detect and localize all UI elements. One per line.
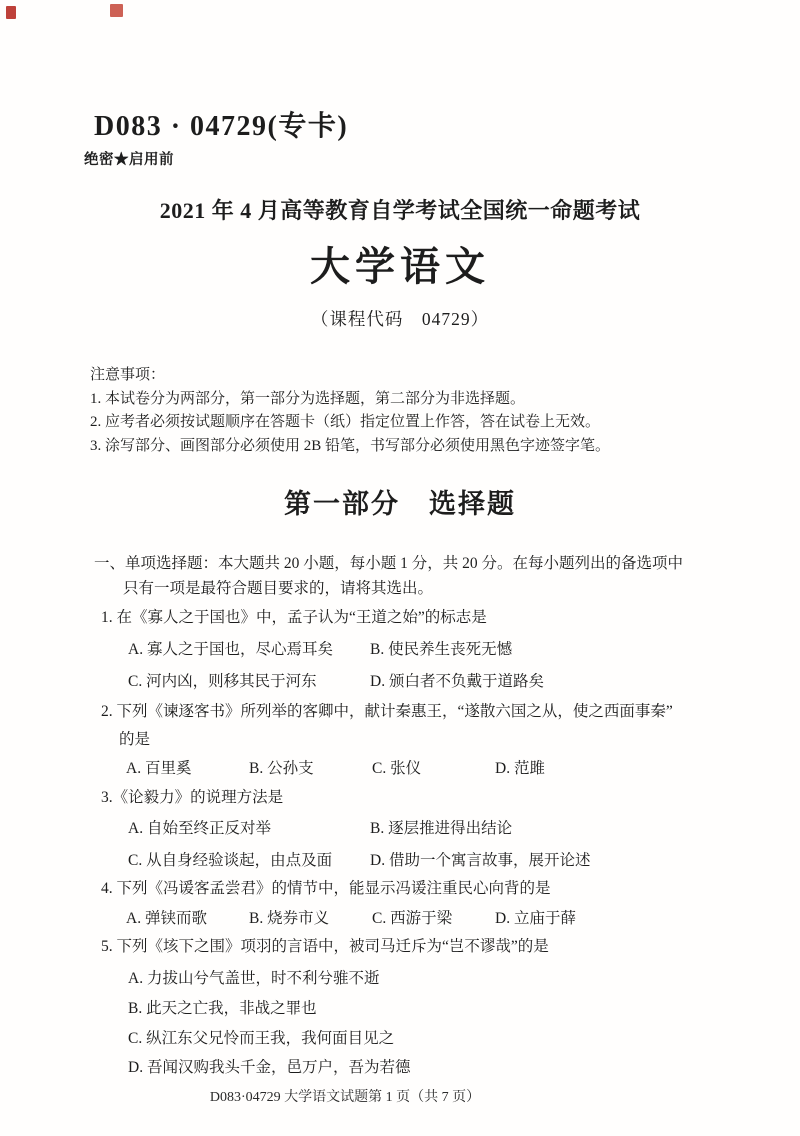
- secrecy-label: 绝密★启用前: [84, 148, 174, 169]
- note-item-1: 1. 本试卷分为两部分，第一部分为选择题，第二部分为非选择题。: [90, 387, 525, 408]
- question-2-option-b: B. 公孙支: [249, 756, 314, 778]
- question-4-stem: 4. 下列《冯谖客孟尝君》的情节中，能显示冯谖注重民心向背的是: [101, 876, 551, 898]
- section-instruction-line1: 一、单项选择题：本大题共 20 小题，每小题 1 分，共 20 分。在每小题列出…: [94, 551, 683, 573]
- question-5-stem: 5. 下列《垓下之围》项羽的言语中，被司马迁斥为“岂不谬哉”的是: [101, 934, 549, 956]
- question-2-stem-line1: 2. 下列《谏逐客书》所列举的客卿中，献计秦惠王，“遂散六国之从，使之西面事秦”: [101, 699, 673, 721]
- question-1-option-a: A. 寡人之于国也，尽心焉耳矣: [128, 637, 333, 659]
- course-code: （课程代码 04729）: [0, 306, 800, 331]
- note-item-2: 2. 应考者必须按试题顺序在答题卡（纸）指定位置上作答，答在试卷上无效。: [90, 410, 600, 431]
- question-3-option-d: D. 借助一个寓言故事，展开论述: [370, 848, 590, 870]
- note-item-3: 3. 涂写部分、画图部分必须使用 2B 铅笔，书写部分必须使用黑色字迹签字笔。: [90, 434, 610, 455]
- exam-title: 2021 年 4 月高等教育自学考试全国统一命题考试: [0, 194, 800, 225]
- question-1-stem: 1. 在《寡人之于国也》中，孟子认为“王道之始”的标志是: [101, 605, 487, 627]
- question-1-option-d: D. 颁白者不负戴于道路矣: [370, 669, 544, 691]
- question-3-option-c: C. 从自身经验谈起，由点及面: [128, 848, 332, 870]
- question-3-stem: 3.《论毅力》的说理方法是: [101, 785, 283, 807]
- question-4-option-b: B. 烧券市义: [249, 906, 329, 928]
- question-3-option-b: B. 逐层推进得出结论: [370, 816, 512, 838]
- question-1-option-b: B. 使民养生丧死无憾: [370, 637, 512, 659]
- red-stamp-mark-icon: [6, 6, 16, 19]
- question-2-stem-line2: 的是: [119, 727, 150, 749]
- question-5-option-c: C. 纵江东父兄怜而王我，我何面目见之: [128, 1026, 394, 1048]
- notes-heading: 注意事项：: [90, 363, 165, 384]
- question-2-option-a: A. 百里奚: [126, 756, 191, 778]
- question-4-option-d: D. 立庙于薛: [495, 906, 576, 928]
- question-5-option-a: A. 力拔山兮气盖世，时不利兮骓不逝: [128, 966, 379, 988]
- question-2-option-c: C. 张仪: [372, 756, 421, 778]
- subject-title: 大学语文: [0, 235, 800, 292]
- section-instruction-line2: 只有一项是最符合题目要求的，请将其选出。: [123, 576, 433, 598]
- section-title: 第一部分 选择题: [0, 482, 800, 521]
- question-2-option-d: D. 范雎: [495, 756, 545, 778]
- paper-code: D083 · 04729(专卡): [94, 104, 348, 144]
- question-1-option-c: C. 河内凶，则移其民于河东: [128, 669, 317, 691]
- red-stamp-mark-icon: [110, 4, 123, 17]
- exam-paper-page: D083 · 04729(专卡) 绝密★启用前 2021 年 4 月高等教育自学…: [0, 0, 800, 1136]
- question-5-option-b: B. 此天之亡我，非战之罪也: [128, 996, 317, 1018]
- question-4-option-a: A. 弹铗而歌: [126, 906, 207, 928]
- page-footer: D083·04729 大学语文试题第 1 页（共 7 页）: [0, 1086, 690, 1106]
- question-5-option-d: D. 吾闻汉购我头千金，邑万户，吾为若德: [128, 1055, 410, 1077]
- question-3-option-a: A. 自始至终正反对举: [128, 816, 271, 838]
- question-4-option-c: C. 西游于梁: [372, 906, 452, 928]
